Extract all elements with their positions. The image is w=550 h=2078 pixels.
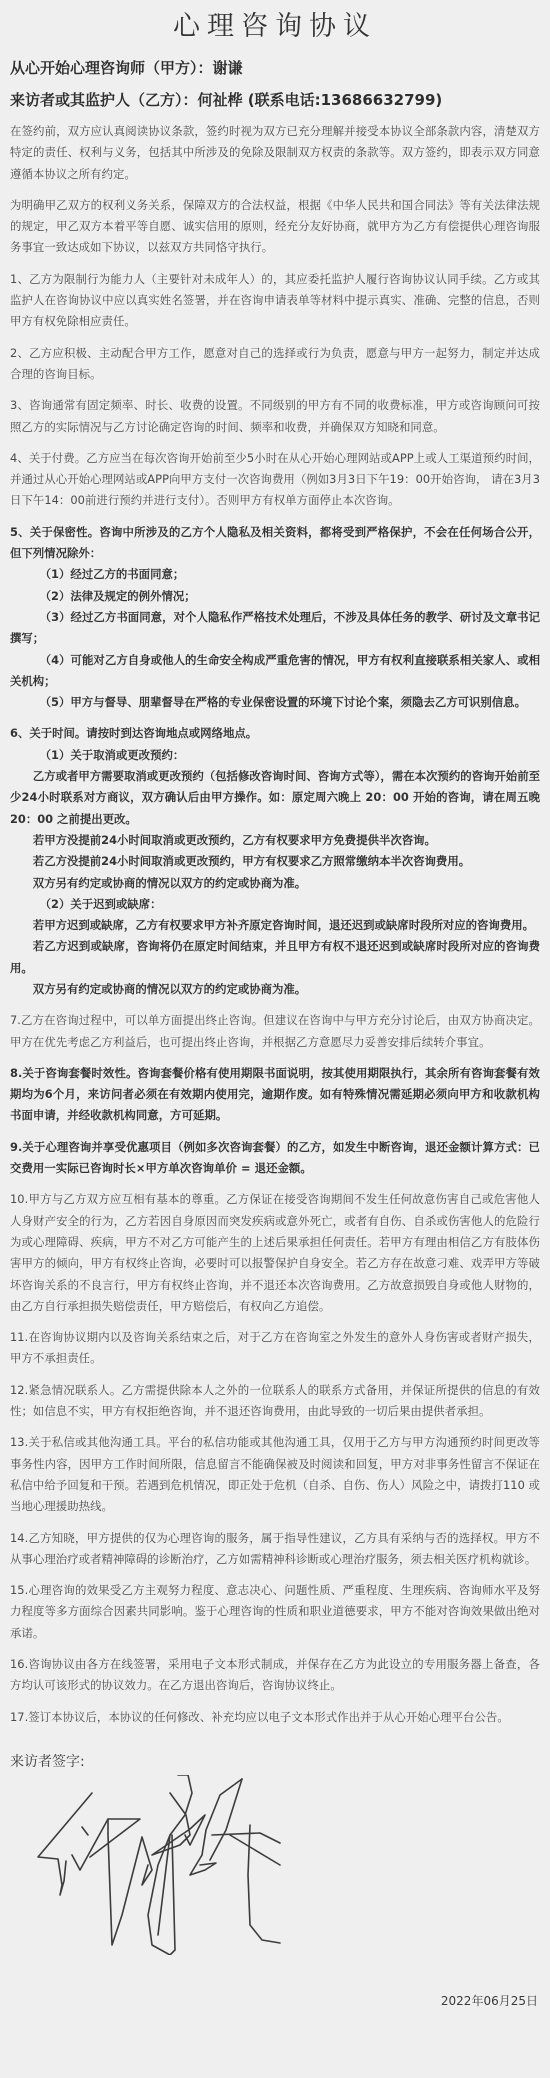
clause-3: 3、咨询通常有固定频率、时长、收费的设置。不同级别的甲方有不同的收费标准，甲方或…	[10, 395, 540, 438]
handwritten-signature-icon	[30, 1775, 300, 1955]
clause-12: 12.紧急情况联系人。乙方需提供除本人之外的一位联系人的联系方式备用，并保证所提…	[10, 1380, 540, 1423]
preamble-paragraph-1: 在签约前，双方应认真阅读协议条款，签约时视为双方已充分理解并接受本协议全部条款内…	[10, 121, 540, 185]
signature-label: 来访者签字:	[10, 1750, 540, 1774]
preamble-paragraph-2: 为明确甲乙双方的权利义务关系，保障双方的合法权益，根据《中华人民共和国合同法》等…	[10, 195, 540, 259]
clause-10: 10.甲方与乙方双方应互相有基本的尊重。乙方保证在接受咨询期间不发生任何故意伤害…	[10, 1189, 540, 1317]
clause-6-sub2-title: （2）关于迟到或缺席：	[10, 894, 540, 915]
clause-5-item: （1）经过乙方的书面同意；	[10, 564, 540, 585]
clause-6-sub1-line: 若甲方没提前24小时间取消或更改预约，乙方有权要求甲方免费提供半次咨询。	[10, 830, 540, 851]
party-a-line: 从心开始心理咨询师（甲方）：谢谦	[10, 52, 540, 84]
clause-6-sub1-line: 双方另有约定或协商的情况以双方的约定或协商为准。	[10, 873, 540, 894]
clause-17: 17.签订本协议后，本协议的任何修改、补充均应以电子文本形式作出并于从心开始心理…	[10, 1707, 540, 1728]
clause-16: 16.咨询协议由各方在线签署，采用电子文本形式制成，并保存在乙方为此设立的专用服…	[10, 1654, 540, 1697]
clause-6-sub1-line: 若乙方没提前24小时间取消或更改预约，甲方有权要求乙方照常缴纳本半次咨询费用。	[10, 851, 540, 872]
agreement-page: 心理咨询协议 从心开始心理咨询师（甲方）：谢谦 来访者或其监护人（乙方）：何祉桦…	[0, 0, 550, 2078]
clause-1: 1、乙方为限制行为能力人（主要针对未成年人）的，其应委托监护人履行咨询协议认同手…	[10, 269, 540, 333]
clause-6-sub2-line: 双方另有约定或协商的情况以双方的约定或协商为准。	[10, 979, 540, 1000]
clause-5-item: （2）法律及规定的例外情况；	[10, 586, 540, 607]
clause-15: 15.心理咨询的效果受乙方主观努力程度、意志决心、问题性质、严重程度、生理疾病、…	[10, 1580, 540, 1644]
clause-13: 13.关于私信或其他沟通工具。平台的私信功能或其他沟通工具，仅用于乙方与甲方沟通…	[10, 1432, 540, 1517]
clause-5-heading: 5、关于保密性。咨询中所涉及的乙方个人隐私及相关资料，都将受到严格保护，不会在任…	[10, 522, 540, 565]
clause-6-sub1-line: 乙方或者甲方需要取消或更改预约（包括修改咨询时间、咨询方式等），需在本次预约的咨…	[10, 766, 540, 830]
agreement-date: 2022年06月25日	[441, 1992, 538, 2009]
clause-5-item: （5）甲方与督导、朋辈督导在严格的专业保密设置的环境下讨论个案，须隐去乙方可识别…	[10, 692, 540, 713]
clause-6-heading: 6、关于时间。请按时到达咨询地点或网络地点。	[10, 723, 540, 744]
clause-5-confidentiality: 5、关于保密性。咨询中所涉及的乙方个人隐私及相关资料，都将受到严格保护，不会在任…	[10, 522, 540, 714]
clause-6-sub2-line: 若乙方迟到或缺席，咨询将仍在原定时间结束，并且甲方有权不退还迟到或缺席时段所对应…	[10, 936, 540, 979]
party-b-line: 来访者或其监护人（乙方）：何祉桦 (联系电话:13686632799)	[10, 84, 540, 116]
clause-6-sub2-line: 若甲方迟到或缺席，乙方有权要求甲方补齐原定咨询时间，退还迟到或缺席时段所对应的咨…	[10, 915, 540, 936]
clause-14: 14.乙方知晓，甲方提供的仅为心理咨询的服务，属于指导性建议，乙方具有采纳与否的…	[10, 1528, 540, 1571]
clause-11: 11.在咨询协议期内以及咨询关系结束之后，对于乙方在咨询室之外发生的意外人身伤害…	[10, 1327, 540, 1370]
clause-8: 8.关于咨询套餐时效性。咨询套餐价格有使用期限书面说明，按其使用期限执行，其余所…	[10, 1063, 540, 1127]
document-title: 心理咨询协议	[10, 0, 540, 52]
clause-7: 7.乙方在咨询过程中，可以单方面提出终止咨询。但建议在咨询中与甲方充分讨论后，由…	[10, 1010, 540, 1053]
clause-6-sub1-title: （1）关于取消或更改预约：	[10, 745, 540, 766]
clause-2: 2、乙方应积极、主动配合甲方工作，愿意对自己的选择或行为负责，愿意与甲方一起努力…	[10, 343, 540, 386]
clause-6-time: 6、关于时间。请按时到达咨询地点或网络地点。 （1）关于取消或更改预约： 乙方或…	[10, 723, 540, 1000]
clause-9: 9.关于心理咨询并享受优惠项目（例如多次咨询套餐）的乙方，如发生中断咨询，退还金…	[10, 1137, 540, 1180]
clause-4: 4、关于付费。乙方应当在每次咨询开始前至少5小时在从心开始心理网站或APP上或人…	[10, 448, 540, 512]
clause-5-item: （3）经过乙方书面同意，对个人隐私作严格技术处理后，不涉及具体任务的教学、研讨及…	[10, 607, 540, 650]
clause-5-item: （4）可能对乙方自身或他人的生命安全构成严重危害的情况，甲方有权利直接联系相关家…	[10, 650, 540, 693]
